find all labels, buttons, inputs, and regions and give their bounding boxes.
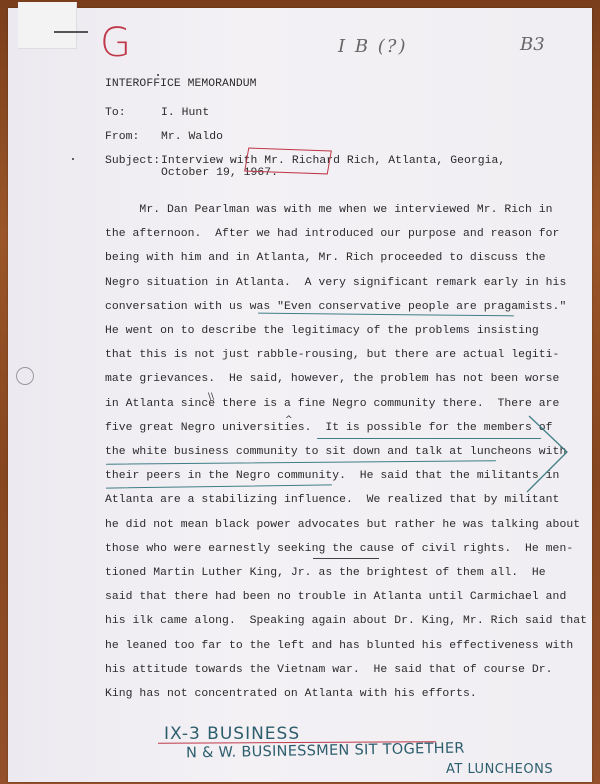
body-line: Mr. Dan Pearlman was with me when we int…	[105, 204, 553, 216]
body-line: his ilk came along. Speaking again about…	[105, 615, 587, 627]
from-value: Mr. Waldo	[161, 131, 223, 143]
body-line: King has not concentrated on Atlanta wit…	[105, 688, 477, 700]
handwritten-note-line: AT LUNCHEONS	[446, 762, 553, 777]
body-line: conversation with us was "Even conservat…	[105, 301, 566, 313]
from-label: From:	[105, 131, 139, 143]
body-line: he did not mean black power advocates bu…	[105, 519, 580, 531]
body-line: said that there had been no trouble in A…	[105, 591, 566, 603]
to-value: I. Hunt	[161, 107, 209, 119]
body-line: Negro situation in Atlanta. A very signi…	[105, 277, 566, 289]
insert-caret: \\	[208, 392, 214, 402]
subject-line-1: Interview with Mr. Richard Rich, Atlanta…	[161, 155, 505, 167]
insert-caret: ^	[285, 415, 293, 425]
margin-bracket-icon	[515, 410, 575, 500]
body-line: the afternoon. After we had introduced o…	[105, 228, 559, 240]
red-name-box	[244, 148, 332, 175]
body-line: the white business community to sit down…	[105, 446, 566, 458]
handwritten-section-code: I B (?)	[338, 36, 407, 57]
body-line: tioned Martin Luther King, Jr. as the br…	[105, 567, 546, 579]
to-label: To:	[105, 107, 126, 119]
stray-dot	[72, 158, 74, 160]
paper-tab-note	[18, 2, 77, 49]
ink-dot	[157, 74, 159, 76]
body-line: five great Negro universities. It is pos…	[105, 422, 553, 434]
dash-mark	[54, 31, 88, 33]
body-line: he leaned too far to the left and has bl…	[105, 640, 573, 652]
body-line: mate grievances. He said, however, the p…	[105, 373, 559, 385]
body-line: in Atlanta since there is a fine Negro c…	[105, 398, 559, 410]
body-line: that this is not just rabble-rousing, bu…	[105, 349, 559, 361]
body-line: those who were earnestly seeking the cau…	[105, 543, 573, 555]
body-line: his attitude towards the Vietnam war. He…	[105, 664, 553, 676]
body-line: Atlanta are a stabilizing influence. We …	[105, 494, 559, 506]
handwritten-note-heading: IX-3 BUSINESS	[164, 724, 300, 744]
subject-label: Subject:	[105, 155, 160, 167]
handwritten-g-mark: G	[100, 20, 131, 66]
punch-hole-mark	[16, 367, 34, 385]
memo-title: INTEROFFICE MEMORANDUM	[105, 78, 256, 90]
handwritten-page-code: B3	[520, 34, 545, 55]
strikethrough	[313, 558, 379, 559]
body-line: their peers in the Negro community. He s…	[105, 470, 559, 482]
body-line: being with him and in Atlanta, Mr. Rich …	[105, 252, 546, 264]
body-line: He went on to describe the legitimacy of…	[105, 325, 539, 337]
